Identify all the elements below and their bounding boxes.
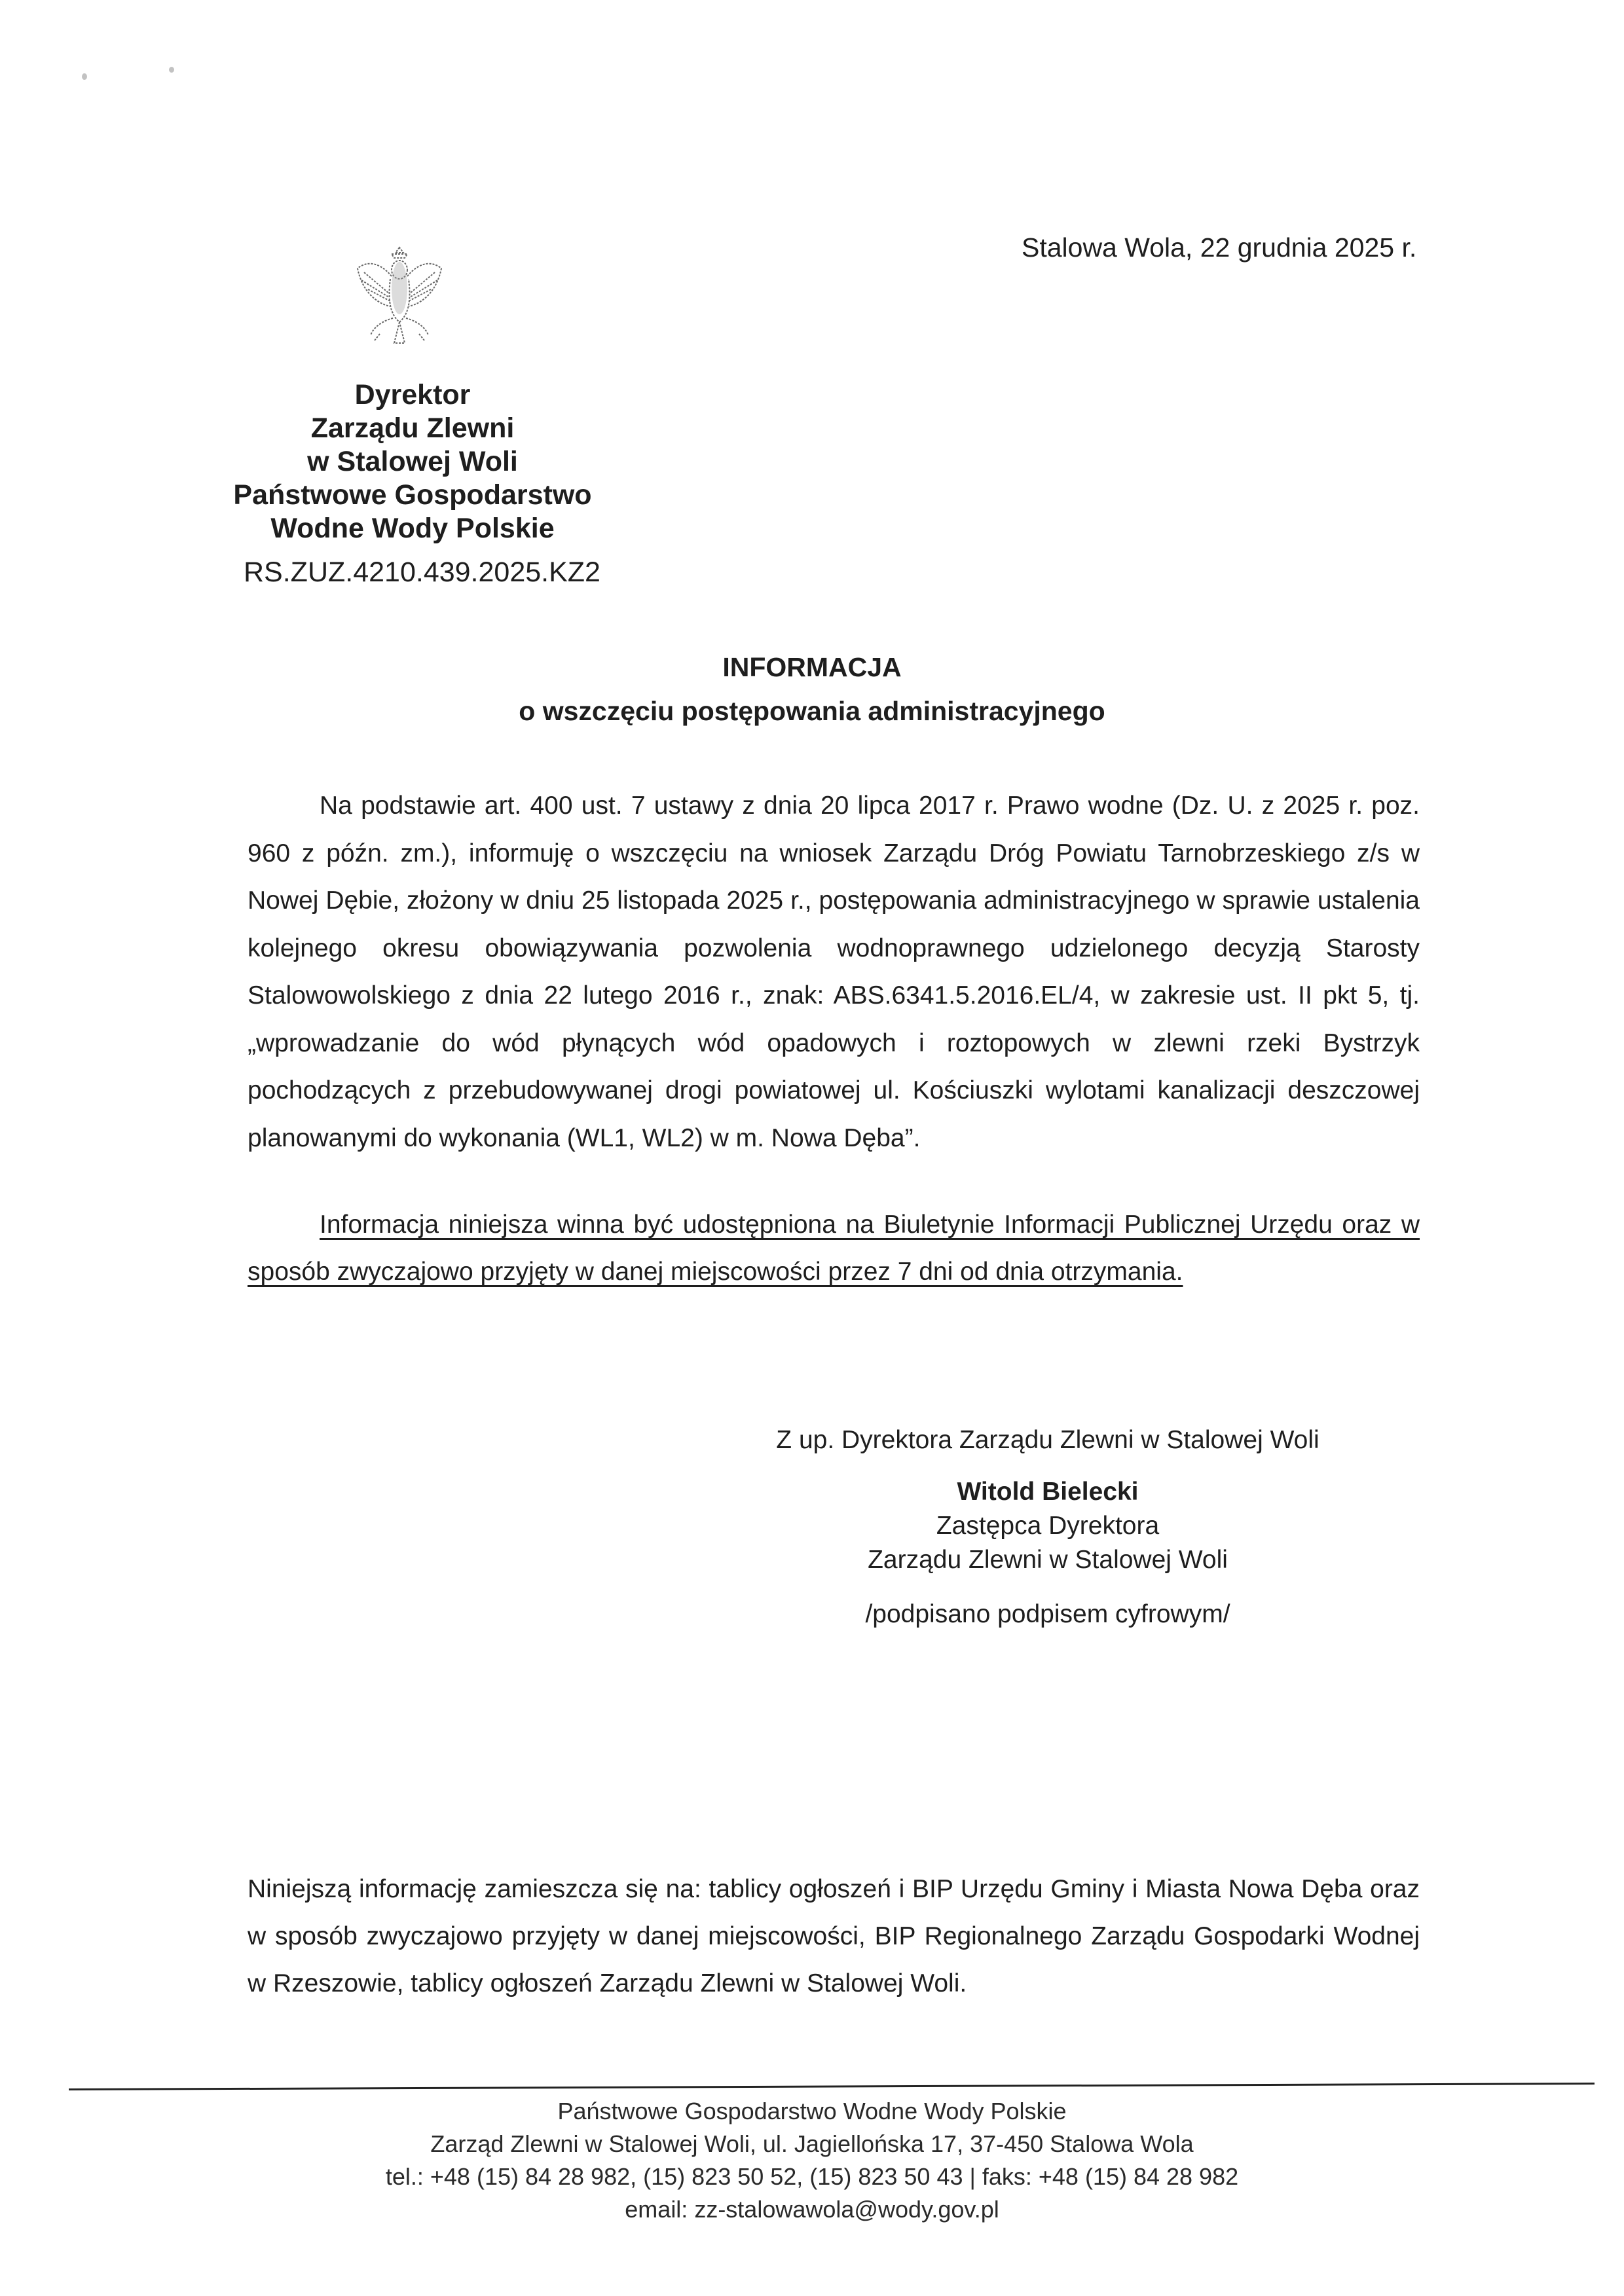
distribution-paragraph: Niniejszą informację zamieszcza się na: …	[248, 1866, 1420, 2007]
notice-underlined-text-end: przyjęty w danej miejscowości przez 7 dn…	[481, 1258, 1183, 1286]
footer-email: email: zz-stalowawola@wody.gov.pl	[0, 2193, 1624, 2226]
footer-divider	[69, 2083, 1595, 2090]
document-title: INFORMACJA	[0, 652, 1624, 683]
issuer-line: Wodne Wody Polskie	[196, 512, 629, 545]
issuer-line: w Stalowej Woli	[196, 445, 629, 479]
scan-speck	[169, 67, 174, 73]
signature-on-behalf: Z up. Dyrektora Zarządu Zlewni w Stalowe…	[753, 1424, 1342, 1457]
footer-organization: Państwowe Gospodarstwo Wodne Wody Polski…	[0, 2095, 1624, 2128]
issuer-block: Dyrektor Zarządu Zlewni w Stalowej Woli …	[196, 378, 629, 545]
footer-contact: tel.: +48 (15) 84 28 982, (15) 823 50 52…	[0, 2160, 1624, 2193]
document-subtitle: o wszczęciu postępowania administracyjne…	[0, 696, 1624, 727]
issuer-line: Dyrektor	[196, 378, 629, 412]
notice-paragraph: Informacja niniejsza winna być udostępni…	[248, 1201, 1420, 1296]
issuer-line: Zarządu Zlewni	[196, 412, 629, 445]
signature-block: Z up. Dyrektora Zarządu Zlewni w Stalowe…	[753, 1424, 1342, 1631]
body-paragraph: Na podstawie art. 400 ust. 7 ustawy z dn…	[248, 782, 1420, 1162]
body-section: Na podstawie art. 400 ust. 7 ustawy z dn…	[248, 782, 1420, 1162]
distribution-section: Niniejszą informację zamieszcza się na: …	[248, 1866, 1420, 2007]
polish-eagle-emblem-icon	[354, 242, 445, 350]
signatory-name: Witold Bielecki	[753, 1475, 1342, 1509]
publication-notice: Informacja niniejsza winna być udostępni…	[248, 1201, 1420, 1296]
digital-signature-note: /podpisano podpisem cyfrowym/	[753, 1598, 1342, 1631]
place-and-date: Stalowa Wola, 22 grudnia 2025 r.	[1022, 232, 1416, 263]
scan-speck	[82, 73, 87, 80]
footer: Państwowe Gospodarstwo Wodne Wody Polski…	[0, 2095, 1624, 2226]
signatory-role: Zastępca Dyrektora	[753, 1509, 1342, 1543]
signatory-unit: Zarządu Zlewni w Stalowej Woli	[753, 1543, 1342, 1577]
reference-number: RS.ZUZ.4210.439.2025.KZ2	[244, 556, 600, 589]
footer-address: Zarząd Zlewni w Stalowej Woli, ul. Jagie…	[0, 2128, 1624, 2160]
issuer-line: Państwowe Gospodarstwo	[196, 479, 629, 512]
